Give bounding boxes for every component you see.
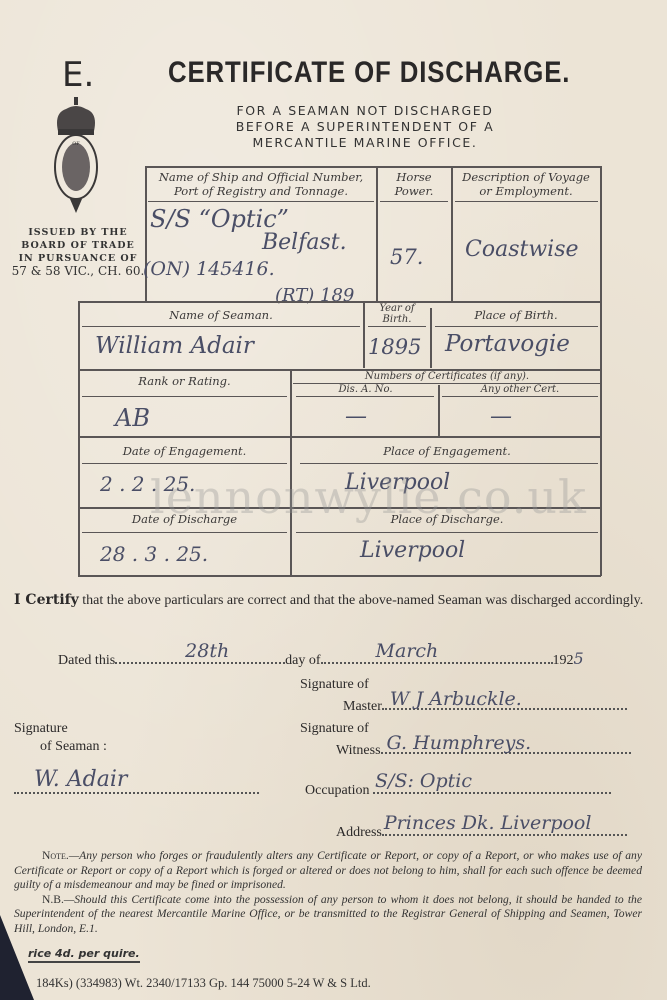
- voyage-header: Description of Voyage or Employment.: [453, 170, 599, 198]
- place-discharge-header: Place of Discharge.: [294, 512, 600, 526]
- issued-line: 57 & 58 VIC., CH. 60.: [8, 265, 148, 278]
- certificates-header: Numbers of Certificates (if any).: [294, 371, 600, 382]
- certify-text: that the above particulars are correct a…: [79, 593, 643, 608]
- header-line: Name of Ship and Official Number,: [148, 170, 374, 184]
- master-signature-value: W J Arbuckle.: [390, 690, 522, 708]
- year-of-birth-header: Year of Birth.: [366, 303, 428, 325]
- address-row: AddressPrinces Dk. Liverpool: [336, 820, 627, 841]
- certification-statement: I Certify that the above particulars are…: [14, 590, 644, 611]
- rank-header: Rank or Rating.: [82, 374, 287, 388]
- subtitle: FOR A SEAMAN NOT DISCHARGED BEFORE A SUP…: [200, 103, 530, 151]
- date-discharge-value: 28 . 3 . 25.: [100, 542, 208, 566]
- nb-label: N.B.: [42, 893, 64, 906]
- place-discharge-value: Liverpool: [360, 538, 465, 563]
- seaman-name-header: Name of Seaman.: [82, 308, 360, 322]
- dated-label: Dated this: [58, 653, 115, 668]
- certify-lead: I Certify: [14, 592, 79, 608]
- rank-value: AB: [115, 404, 150, 432]
- master-label-line: Master: [343, 699, 382, 714]
- subtitle-line: MERCANTILE MARINE OFFICE.: [200, 135, 530, 151]
- place-of-birth-header: Place of Birth.: [433, 308, 599, 322]
- ship-name-header: Name of Ship and Official Number, Port o…: [148, 170, 374, 198]
- port-value: Belfast.: [262, 230, 347, 255]
- master-signature-row: Signature of MasterW J Arbuckle.: [300, 676, 627, 716]
- price-text: rice 4d. per quire.: [28, 947, 140, 963]
- other-cert-header: Any other Cert.: [440, 384, 600, 395]
- witness-label-line: Witness: [336, 743, 381, 758]
- note-text: —Any person who forges or fraudulently a…: [14, 849, 642, 891]
- day-of-label: day of: [285, 653, 320, 668]
- header-line: Year of: [366, 303, 428, 314]
- ship-name-value: S/S “Optic”: [150, 205, 289, 233]
- address-field: Princes Dk. Liverpool: [382, 820, 627, 836]
- header-line: Port of Registry and Tonnage.: [148, 184, 374, 198]
- seaman-signature-row: W. Adair: [14, 778, 259, 799]
- tonnage-value: (RT) 189: [275, 285, 354, 306]
- dis-a-no-header: Dis. A. No.: [294, 384, 437, 395]
- witness-signature-value: G. Humphreys.: [387, 734, 532, 752]
- svg-text:OF: OF: [72, 141, 80, 147]
- witness-signature-row: Signature of WitnessG. Humphreys.: [300, 720, 631, 760]
- header-line: Power.: [378, 184, 450, 198]
- address-value: Princes Dk. Liverpool: [384, 812, 592, 834]
- date-engagement-value: 2 . 2 . 25.: [100, 472, 195, 496]
- place-of-birth-value: Portavogie: [445, 331, 570, 357]
- date-discharge-header: Date of Discharge: [82, 512, 287, 526]
- master-signature-field: W J Arbuckle.: [382, 694, 627, 710]
- seaman-signature-value: W. Adair: [34, 767, 127, 792]
- date-engagement-header: Date of Engagement.: [82, 444, 287, 458]
- dated-row: Dated this28thday ofMarch1925: [58, 648, 584, 669]
- printer-imprint: 184Ks) (334983) Wt. 2340/17133 Gp. 144 7…: [36, 976, 371, 991]
- seaman-label-line: of Seaman :: [14, 738, 107, 756]
- month-value: March: [376, 640, 439, 662]
- official-number-value: (ON) 145416.: [143, 258, 275, 280]
- issued-line: BOARD OF TRADE: [8, 239, 148, 252]
- note-label: Note.: [42, 849, 69, 862]
- day-field: 28th: [115, 648, 285, 664]
- issued-by-text: ISSUED BY THE BOARD OF TRADE IN PURSUANC…: [8, 226, 148, 278]
- place-engagement-value: Liverpool: [345, 470, 450, 495]
- occupation-value: S/S: Optic: [375, 770, 472, 792]
- occupation-row: Occupation S/S: Optic: [305, 778, 611, 799]
- seaman-label-line: Signature: [14, 720, 107, 738]
- year-prefix: 192: [553, 653, 574, 668]
- header-line: Horse: [378, 170, 450, 184]
- address-label: Address: [336, 825, 382, 840]
- header-line: or Employment.: [453, 184, 599, 198]
- year-suffix: 5: [574, 649, 584, 668]
- year-of-birth-value: 1895: [368, 335, 421, 359]
- horse-power-header: Horse Power.: [378, 170, 450, 198]
- nb-text: —Should this Certificate come into the p…: [14, 893, 642, 935]
- voyage-value: Coastwise: [465, 237, 579, 262]
- header-line: Birth.: [366, 314, 428, 325]
- page-title: CERTIFICATE OF DISCHARGE.: [168, 56, 570, 90]
- seaman-name-value: William Adair: [95, 333, 254, 359]
- issued-line: ISSUED BY THE: [8, 226, 148, 239]
- dis-a-no-value: —: [345, 404, 367, 429]
- seaman-signature-field: W. Adair: [14, 778, 259, 794]
- subtitle-line: FOR A SEAMAN NOT DISCHARGED: [200, 103, 530, 119]
- legal-note: Note.—Any person who forges or fraudulen…: [14, 849, 642, 936]
- subtitle-line: BEFORE A SUPERINTENDENT OF A: [200, 119, 530, 135]
- board-of-trade-crest-icon: OF: [48, 95, 104, 217]
- folded-corner: [0, 915, 34, 1000]
- other-cert-value: —: [490, 404, 512, 429]
- day-value: 28th: [185, 640, 229, 662]
- seaman-signature-label: Signature of Seaman :: [14, 720, 107, 756]
- horse-power-value: 57.: [390, 245, 423, 269]
- month-field: March: [321, 648, 553, 664]
- witness-signature-field: G. Humphreys.: [381, 738, 631, 754]
- form-letter: E.: [62, 55, 94, 95]
- occupation-label: Occupation: [305, 783, 370, 798]
- header-line: Description of Voyage: [453, 170, 599, 184]
- occupation-field: S/S: Optic: [373, 778, 611, 794]
- place-engagement-header: Place of Engagement.: [294, 444, 600, 458]
